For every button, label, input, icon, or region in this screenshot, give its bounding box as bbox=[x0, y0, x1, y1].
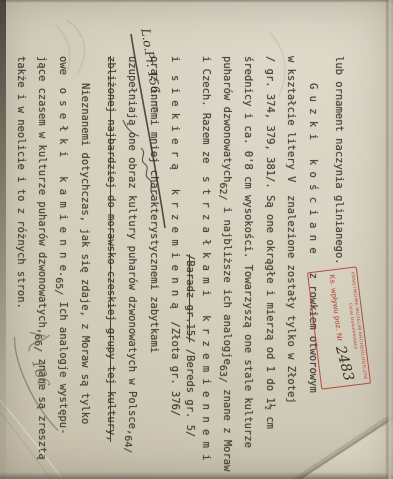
photo-edge-left bbox=[0, 0, 6, 479]
page-folds-and-creases bbox=[0, 0, 393, 479]
scanned-document-photo: lub ornament naczynia glinianego.G u z k… bbox=[0, 0, 393, 479]
paper-edge-right bbox=[385, 0, 393, 479]
photo-edge-bottom bbox=[0, 472, 393, 479]
photo-edge-top bbox=[0, 0, 393, 3]
